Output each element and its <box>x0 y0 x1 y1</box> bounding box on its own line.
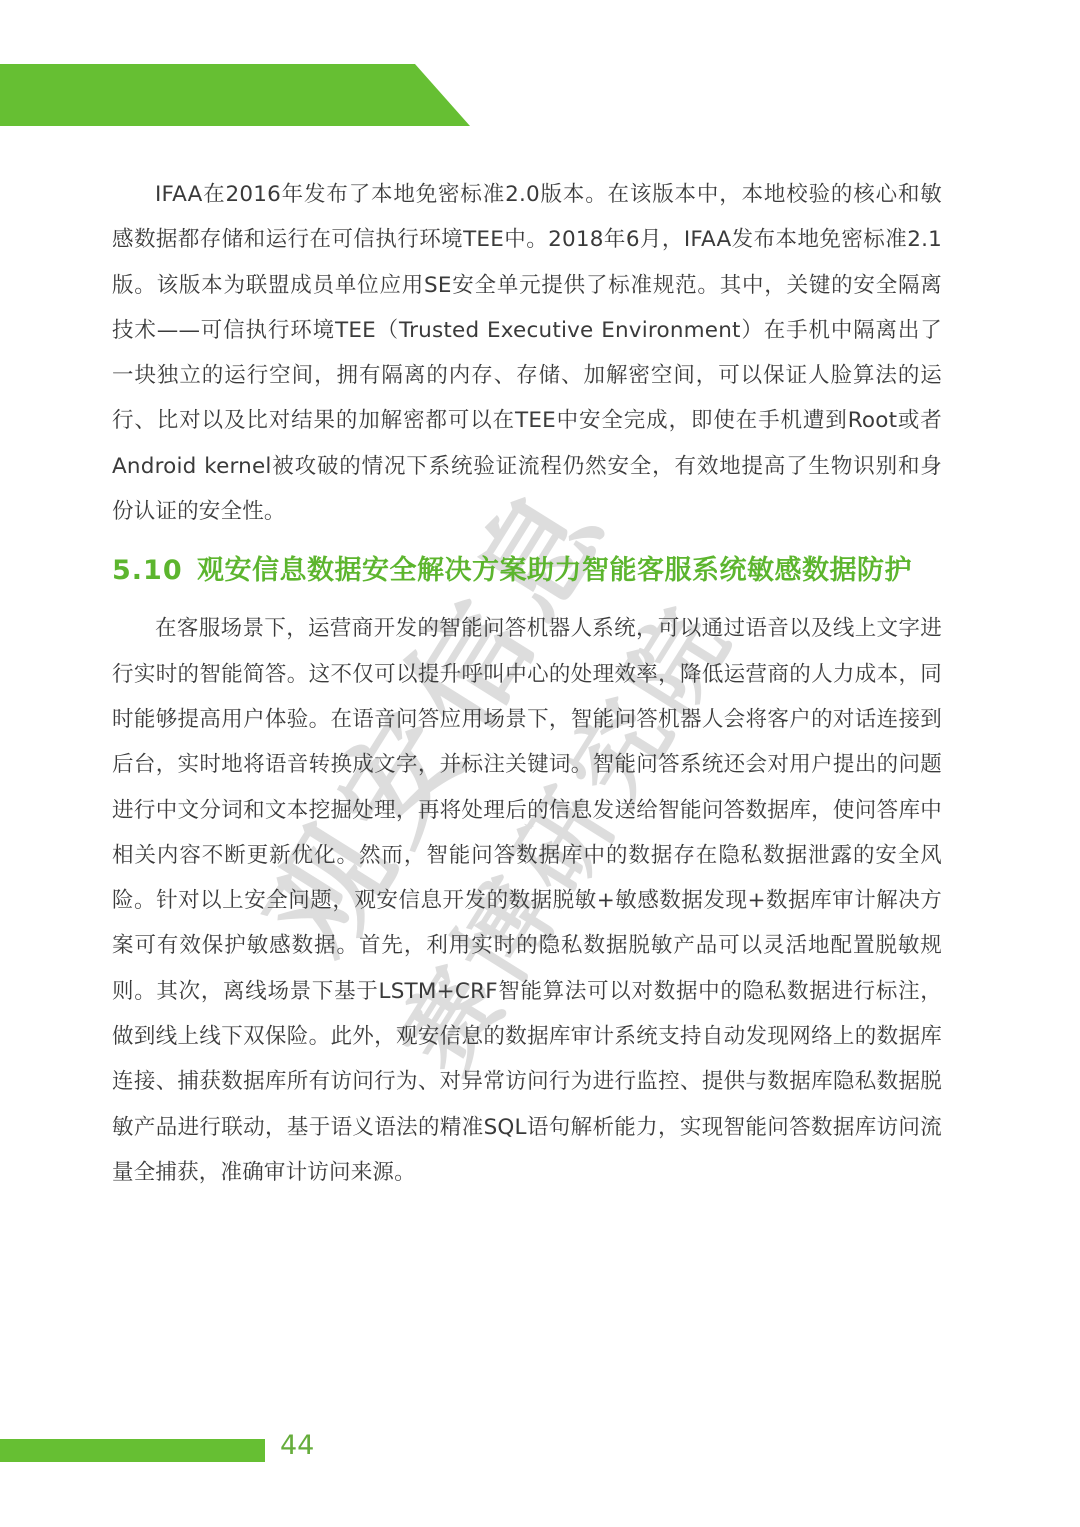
footer-accent-band <box>0 1439 265 1462</box>
header-accent-band <box>0 64 470 126</box>
section-title: 观安信息数据安全解决方案助力智能客服系统敏感数据防护 <box>197 542 942 600</box>
paragraph-customer-service: 在客服场景下，运营商开发的智能问答机器人系统，可以通过语音以及线上文字进行实时的… <box>112 606 942 1195</box>
section-number: 5.10 <box>112 542 197 600</box>
page-number: 44 <box>280 1430 314 1461</box>
page-content: IFAA在2016年发布了本地免密标准2.0版本。在该版本中，本地校验的核心和敏… <box>112 172 942 1195</box>
paragraph-ifaa: IFAA在2016年发布了本地免密标准2.0版本。在该版本中，本地校验的核心和敏… <box>112 172 942 534</box>
section-heading: 5.10 观安信息数据安全解决方案助力智能客服系统敏感数据防护 <box>112 542 942 600</box>
